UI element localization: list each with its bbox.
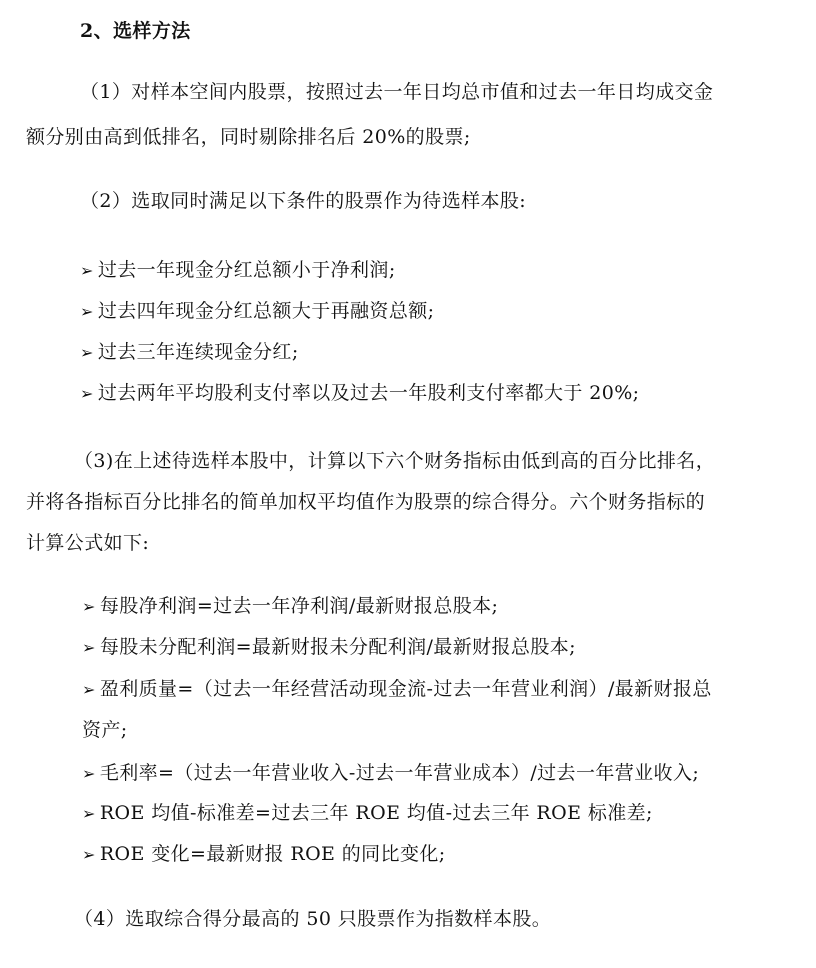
arrow-bullet-icon: ➢ bbox=[82, 802, 96, 826]
arrow-bullet-icon: ➢ bbox=[82, 762, 96, 786]
formula-item: ➢毛利率=（过去一年营业收入-过去一年营业成本）/过去一年营业收入; bbox=[82, 761, 699, 786]
arrow-bullet-icon: ➢ bbox=[82, 595, 96, 619]
condition-item: ➢过去两年平均股利支付率以及过去一年股利支付率都大于 20%; bbox=[80, 381, 640, 406]
arrow-bullet-icon: ➢ bbox=[80, 341, 94, 365]
step-3-line-1: （3)在上述待选样本股中，计算以下六个财务指标由低到高的百分比排名， bbox=[74, 449, 715, 473]
arrow-bullet-icon: ➢ bbox=[82, 843, 96, 867]
condition-item: ➢过去一年现金分红总额小于净利润; bbox=[80, 258, 396, 283]
arrow-bullet-icon: ➢ bbox=[82, 678, 96, 702]
arrow-bullet-icon: ➢ bbox=[80, 300, 94, 324]
formula-item-continuation: 资产; bbox=[82, 718, 128, 742]
step-4-line-1: （4）选取综合得分最高的 50 只股票作为指数样本股。 bbox=[74, 907, 551, 931]
condition-item: ➢过去三年连续现金分红; bbox=[80, 340, 299, 365]
condition-item: ➢过去四年现金分红总额大于再融资总额; bbox=[80, 299, 434, 324]
formula-item: ➢盈利质量=（过去一年经营活动现金流-过去一年营业利润）/最新财报总 bbox=[82, 677, 712, 702]
formula-item: ➢ROE 变化=最新财报 ROE 的同比变化; bbox=[82, 842, 446, 867]
step-1-line-1: （1）对样本空间内股票，按照过去一年日均总市值和过去一年日均成交金 bbox=[80, 80, 713, 104]
step-3-line-3: 计算公式如下: bbox=[26, 531, 149, 555]
step-1-line-2: 额分别由高到低排名，同时剔除排名后 20%的股票; bbox=[26, 125, 471, 149]
formula-item: ➢每股净利润=过去一年净利润/最新财报总股本; bbox=[82, 594, 498, 619]
arrow-bullet-icon: ➢ bbox=[80, 259, 94, 283]
formula-item: ➢每股未分配利润=最新财报未分配利润/最新财报总股本; bbox=[82, 635, 576, 660]
arrow-bullet-icon: ➢ bbox=[80, 382, 94, 406]
section-title: 2、选样方法 bbox=[80, 19, 191, 43]
arrow-bullet-icon: ➢ bbox=[82, 636, 96, 660]
step-3-line-2: 并将各指标百分比排名的简单加权平均值作为股票的综合得分。六个财务指标的 bbox=[26, 490, 705, 514]
formula-item: ➢ROE 均值-标准差=过去三年 ROE 均值-过去三年 ROE 标准差; bbox=[82, 801, 653, 826]
step-2-line-1: （2）选取同时满足以下条件的股票作为待选样本股: bbox=[80, 189, 526, 213]
